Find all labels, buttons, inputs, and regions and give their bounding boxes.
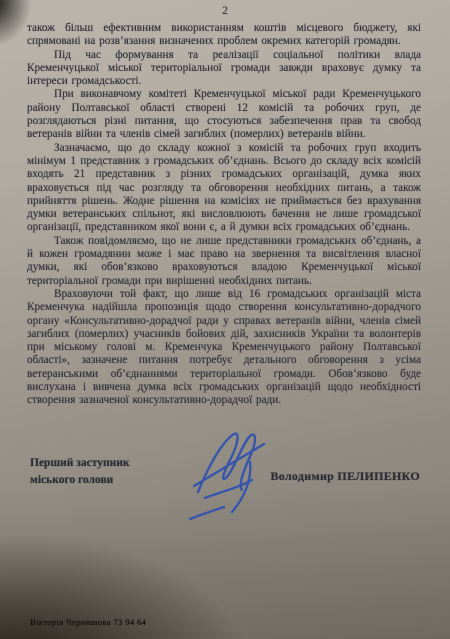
signature-block: Перший заступник міського голови Володим…: [30, 455, 420, 488]
signatory-name: Володимир ПЕЛИПЕНКО: [270, 469, 420, 484]
paragraph: Зазначаємо, що до складу кожної з комісі…: [27, 142, 421, 235]
document-body: також більш ефективним використанням кош…: [27, 22, 421, 408]
paragraph: При виконавчому комітеті Кременчуцької м…: [27, 88, 421, 141]
page-number: 2: [0, 5, 450, 17]
signatory-position-line1: Перший заступник: [30, 455, 130, 472]
handwritten-signature-icon: [178, 418, 298, 563]
paragraph: Також повідомляємо, що не лише представн…: [27, 235, 421, 288]
signatory-position-line2: міського голови: [30, 472, 130, 489]
document-photo: 2 також більш ефективним використанням к…: [0, 0, 450, 639]
paragraph: Враховуючи той факт, що лише від 16 гром…: [27, 288, 421, 408]
paragraph: Під час формування та реалізації соціаль…: [27, 49, 421, 89]
footer-contact: Вікторія Чернишова 73 94 64: [30, 617, 146, 627]
signatory-position: Перший заступник міського голови: [30, 455, 130, 488]
paragraph: також більш ефективним використанням кош…: [27, 22, 421, 49]
